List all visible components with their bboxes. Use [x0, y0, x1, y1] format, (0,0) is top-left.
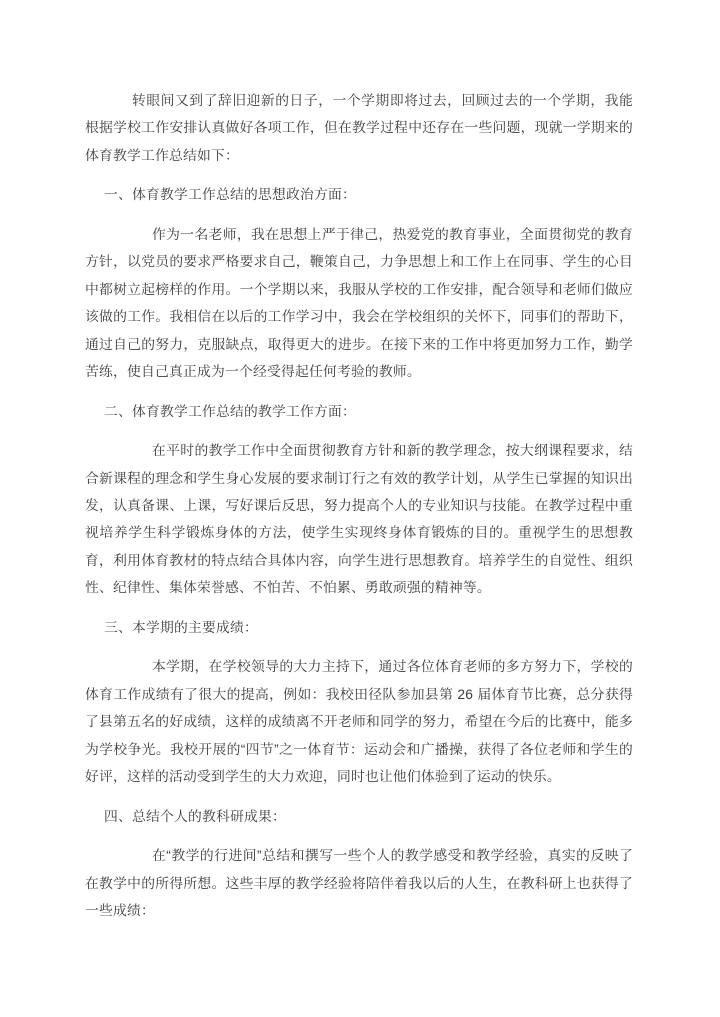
paragraph-achievements: 本学期，在学校领导的大力主持下，通过各位体育老师的多方努力下，学校的体育工作成绩…	[85, 653, 633, 790]
section-heading-2: 二、体育教学工作总结的教学工作方面：	[85, 398, 633, 425]
paragraph-research-results: 在“教学的行进间”总结和撰写一些个人的教学感受和教学经验，真实的反映了在教学中的…	[85, 842, 633, 924]
section-heading-3: 三、本学期的主要成绩：	[85, 614, 633, 641]
paragraph-teaching-work: 在平时的教学工作中全面贯彻教育方针和新的教学理念，按大纲课程要求，结合新课程的理…	[85, 437, 633, 601]
paragraph-ideology: 作为一名老师，我在思想上严于律己，热爱党的教育事业，全面贯彻党的教育方针，以党员…	[85, 221, 633, 385]
document-page: 转眼间又到了辞旧迎新的日子，一个学期即将过去，回顾过去的一个学期，我能根据学校工…	[0, 0, 720, 1017]
section-heading-1: 一、体育教学工作总结的思想政治方面：	[85, 181, 633, 208]
paragraph-intro: 转眼间又到了辞旧迎新的日子，一个学期即将过去，回顾过去的一个学期，我能根据学校工…	[85, 87, 633, 169]
section-heading-4: 四、总结个人的教科研成果：	[85, 803, 633, 830]
